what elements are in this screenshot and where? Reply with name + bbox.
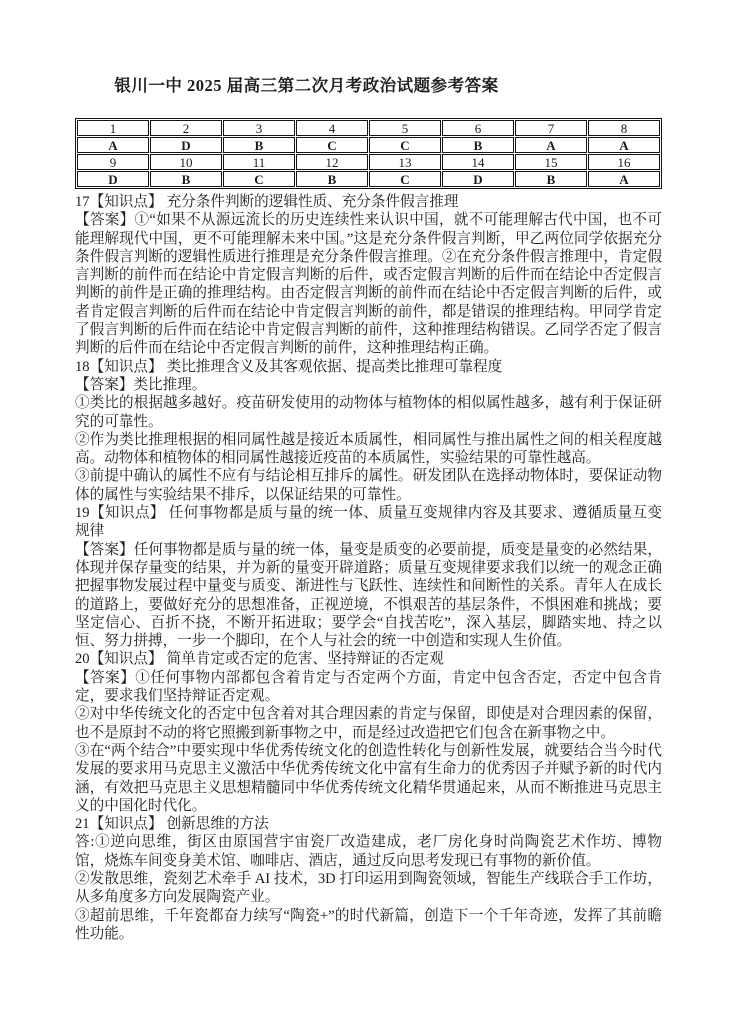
answer-cell: 10	[150, 154, 222, 170]
answer-paragraph: ③超前思维，千年瓷都奋力续写“陶瓷+”的时代新篇，创造下一个千年奇迹，发挥了其前…	[75, 907, 662, 944]
answer-cell: A	[588, 137, 660, 153]
knowledge-point-label: 【知识点】	[90, 194, 163, 210]
answer-cell: 16	[588, 154, 660, 170]
answer-cell: 3	[223, 120, 295, 136]
section-topics: 充分条件判断的逻辑性质、充分条件假言推理	[167, 194, 459, 210]
answer-cell: 5	[369, 120, 441, 136]
answer-paragraph: ①类比的根据越多越好。疫苗研发使用的动物体与植物体的相似属性越多，越有利于保证研…	[75, 394, 662, 431]
section-18: 18【知识点】类比推理含义及其客观依据、提高类比推理可靠程度 【答案】类比推理。…	[75, 358, 662, 504]
section-20: 20【知识点】简单肯定或否定的危害、坚持辩证的否定观 【答案】①任何事物内部都包…	[75, 650, 662, 815]
answer-cell: 12	[296, 154, 368, 170]
section-number: 18	[75, 359, 90, 375]
answer-cell: C	[369, 171, 441, 187]
answer-paragraph: ③在“两个结合”中要实现中华优秀传统文化的创造性转化与创新性发展，就要结合当今时…	[75, 742, 662, 815]
answer-cell: 14	[442, 154, 514, 170]
answer-cell: D	[77, 171, 149, 187]
knowledge-point-label: 【知识点】	[90, 359, 163, 375]
answer-table-row: D B C B C D B A	[77, 171, 660, 187]
section-19: 19【知识点】任何事物都是质与量的统一体、质量互变规律内容及其要求、遵循质量互变…	[75, 504, 662, 650]
answer-cell: B	[223, 137, 295, 153]
answer-paragraph: ②对中华传统文化的否定中包含着对其合理因素的肯定与保留，即使是对合理因素的保留，…	[75, 705, 662, 742]
answer-cell: 13	[369, 154, 441, 170]
section-17: 17【知识点】充分条件判断的逻辑性质、充分条件假言推理 【答案】①“如果不从源远…	[75, 193, 662, 358]
answer-paragraph: 【答案】①“如果不从源远流长的历史连续性来认识中国，就不可能理解古代中国，也不可…	[75, 211, 662, 357]
section-number: 17	[75, 194, 90, 210]
section-21: 21【知识点】创新思维的方法 答:①逆向思维，街区由原国营宇宙瓷厂改造建成，老厂…	[75, 815, 662, 943]
section-topics: 创新思维的方法	[167, 816, 269, 832]
answer-paragraph: 【答案】任何事物都是质与量的统一体，量变是质变的必要前提，质变是量变的必然结果，…	[75, 541, 662, 651]
section-topics: 简单肯定或否定的危害、坚持辩证的否定观	[167, 651, 444, 667]
answers-content: 17【知识点】充分条件判断的逻辑性质、充分条件假言推理 【答案】①“如果不从源远…	[75, 193, 662, 943]
document-page: 银川一中 2025 届高三第二次月考政治试题参考答案 1 2 3 4 5 6 7…	[0, 0, 737, 1020]
answer-cell: D	[150, 137, 222, 153]
answer-table: 1 2 3 4 5 6 7 8 A D B C C B A A 9 10	[75, 118, 662, 189]
section-header: 17【知识点】充分条件判断的逻辑性质、充分条件假言推理	[75, 193, 662, 211]
answer-table-row: 1 2 3 4 5 6 7 8	[77, 120, 660, 136]
answer-cell: 7	[515, 120, 587, 136]
answer-cell: A	[515, 137, 587, 153]
section-header: 18【知识点】类比推理含义及其客观依据、提高类比推理可靠程度	[75, 358, 662, 376]
answer-cell: 11	[223, 154, 295, 170]
answer-cell: 2	[150, 120, 222, 136]
answer-paragraph: ③前提中确认的属性不应有与结论相互排斥的属性。研发团队在选择动物体时，要保证动物…	[75, 467, 662, 504]
section-header: 19【知识点】任何事物都是质与量的统一体、质量互变规律内容及其要求、遵循质量互变…	[75, 504, 662, 541]
answer-cell: A	[77, 137, 149, 153]
answer-paragraph: ②发散思维，瓷刻艺术牵手 AI 技术，3D 打印运用到陶瓷领域，智能生产线联合手…	[75, 870, 662, 907]
answer-table-row: A D B C C B A A	[77, 137, 660, 153]
answer-cell: B	[442, 137, 514, 153]
answer-cell: 4	[296, 120, 368, 136]
answer-table-row: 9 10 11 12 13 14 15 16	[77, 154, 660, 170]
answer-cell: 8	[588, 120, 660, 136]
answer-cell: B	[296, 171, 368, 187]
knowledge-point-label: 【知识点】	[90, 505, 165, 521]
answer-cell: C	[369, 137, 441, 153]
answer-cell: B	[150, 171, 222, 187]
answer-paragraph: 【答案】①任何事物内部都包含着肯定与否定两个方面，肯定中包含否定，否定中包含肯定…	[75, 669, 662, 706]
answer-paragraph: 答:①逆向思维，街区由原国营宇宙瓷厂改造建成，老厂房化身时尚陶瓷艺术作坊、博物馆…	[75, 833, 662, 870]
answer-cell: A	[588, 171, 660, 187]
knowledge-point-label: 【知识点】	[90, 816, 163, 832]
answer-cell: C	[296, 137, 368, 153]
page-title: 银川一中 2025 届高三第二次月考政治试题参考答案	[75, 76, 662, 96]
answer-cell: D	[442, 171, 514, 187]
answer-cell: 6	[442, 120, 514, 136]
section-number: 20	[75, 651, 90, 667]
section-header: 21【知识点】创新思维的方法	[75, 815, 662, 833]
section-number: 19	[75, 505, 90, 521]
knowledge-point-label: 【知识点】	[90, 651, 163, 667]
section-header: 20【知识点】简单肯定或否定的危害、坚持辩证的否定观	[75, 650, 662, 668]
answer-paragraph: ②作为类比推理根据的相同属性越是接近本质属性，相同属性与推出属性之间的相关程度越…	[75, 431, 662, 468]
answer-cell: 1	[77, 120, 149, 136]
answer-paragraph: 【答案】类比推理。	[75, 376, 662, 394]
section-number: 21	[75, 816, 90, 832]
answer-cell: 15	[515, 154, 587, 170]
answer-cell: 9	[77, 154, 149, 170]
section-topics: 类比推理含义及其客观依据、提高类比推理可靠程度	[167, 359, 503, 375]
answer-cell: B	[515, 171, 587, 187]
answer-cell: C	[223, 171, 295, 187]
